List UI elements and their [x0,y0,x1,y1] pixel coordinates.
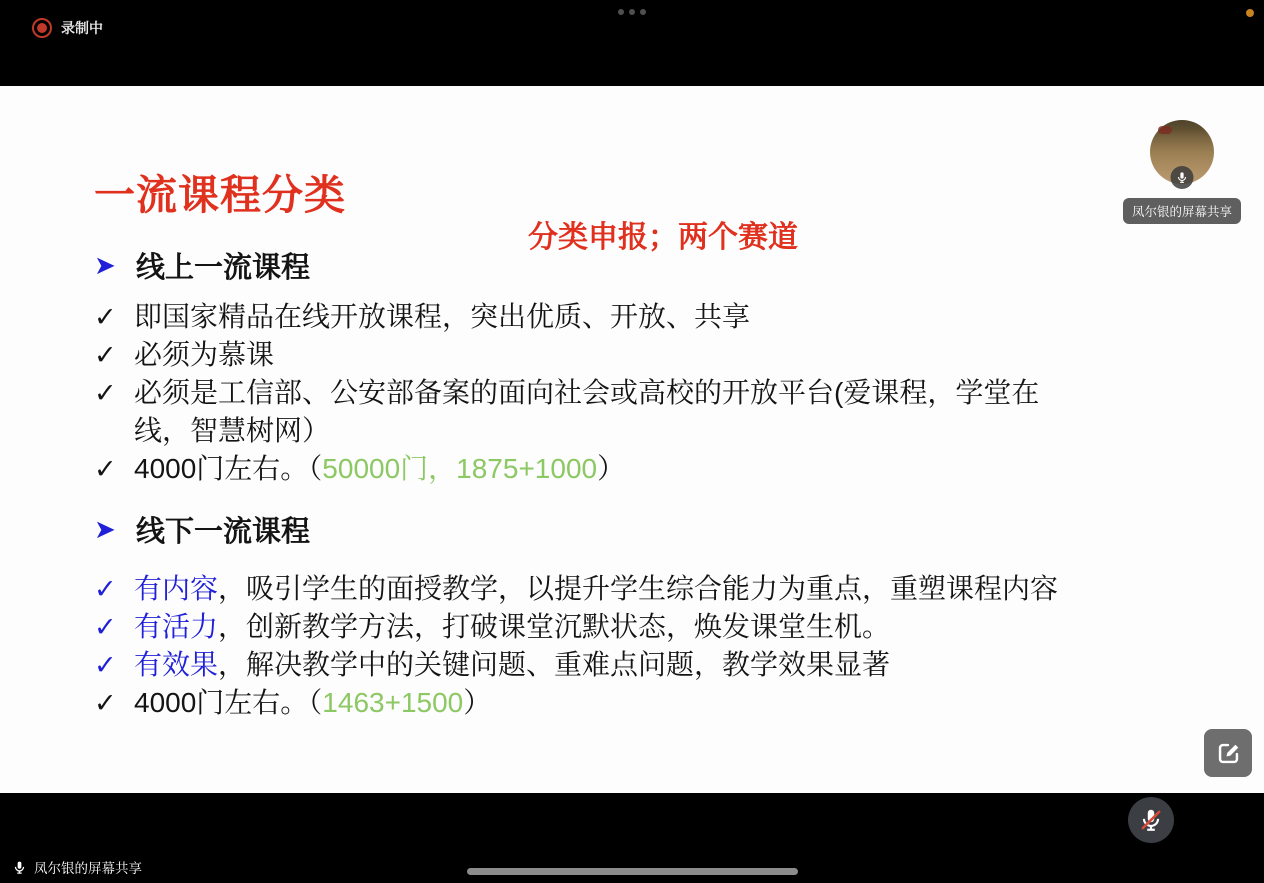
arrow-bullet-icon: ➤ [94,248,136,282]
check-icon: ✓ [94,298,134,336]
check-icon: ✓ [94,646,134,684]
bullet-line: ✓ 即国家精品在线开放课程，突出优质、开放、共享 [94,298,1154,336]
muted-mic-button[interactable] [1128,797,1174,843]
check-icon: ✓ [94,570,134,608]
bullet-line: ✓ 有内容，吸引学生的面授教学，以提升学生综合能力为重点，重塑课程内容 [94,570,1154,608]
bullet-line: ✓ 有活力，创新教学方法，打破课堂沉默状态，焕发课堂生机。 [94,608,1154,646]
bullet-text: 即国家精品在线开放课程，突出优质、开放、共享 [134,298,1086,336]
bottom-share-indicator: 凤尔银的屏幕共享 [12,857,142,877]
section-heading-online-label: 线上一流课程 [136,245,310,286]
bullet-text: 必须为慕课 [134,336,1086,374]
recording-indicator[interactable]: 录制中 [32,18,103,38]
slide-title: 一流课程分类 [94,162,346,221]
annotate-button[interactable] [1204,729,1252,777]
bullet-text: 有活力，创新教学方法，打破课堂沉默状态，焕发课堂生机。 [134,608,1086,646]
bullet-text: 有效果，解决教学中的关键问题、重难点问题，教学效果显著 [134,646,1086,684]
bullet-line: ✓ 4000门左右。（50000门，1875+1000） [94,450,1154,488]
annotate-icon [1215,740,1242,767]
check-icon: ✓ [94,684,134,722]
slide-content: ➤ 线上一流课程 ✓ 即国家精品在线开放课程，突出优质、开放、共享 ✓ 必须为慕… [94,248,1154,722]
bullet-text: 4000门左右。（1463+1500） [134,684,1086,722]
check-icon: ✓ [94,336,134,374]
recording-label: 录制中 [61,18,103,38]
avatar[interactable] [1150,120,1214,184]
section-heading-online: ➤ 线上一流课程 [94,248,1154,282]
participant-thumbnail[interactable]: 凤尔银的屏幕共享 [1112,120,1252,224]
check-icon: ✓ [94,374,134,412]
muted-mic-icon [1138,807,1164,833]
horizontal-scrollbar[interactable] [467,868,798,875]
bullet-list-online: ✓ 即国家精品在线开放课程，突出优质、开放、共享 ✓ 必须为慕课 ✓ 必须是工信… [94,298,1154,488]
bottom-bar: 凤尔银的屏幕共享 [0,793,1264,883]
bullet-text: 有内容，吸引学生的面授教学，以提升学生综合能力为重点，重塑课程内容 [134,570,1086,608]
bottom-share-label: 凤尔银的屏幕共享 [34,857,142,877]
check-icon: ✓ [94,450,134,488]
bullet-line: ✓ 4000门左右。（1463+1500） [94,684,1154,722]
bullet-text: 必须是工信部、公安部备案的面向社会或高校的开放平台(爱课程，学堂在线，智慧树网） [134,374,1086,450]
top-bar: 录制中 [0,0,1264,86]
bullet-list-offline: ✓ 有内容，吸引学生的面授教学，以提升学生综合能力为重点，重塑课程内容 ✓ 有活… [94,570,1154,722]
bullet-line: ✓ 必须是工信部、公安部备案的面向社会或高校的开放平台(爱课程，学堂在线，智慧树… [94,374,1154,450]
section-heading-offline: ➤ 线下一流课程 [94,512,1154,546]
mic-icon [12,860,27,875]
window-controls-dots-icon[interactable] [618,9,646,15]
record-icon [32,18,52,38]
mic-icon [1176,171,1189,184]
bullet-text: 4000门左右。（50000门，1875+1000） [134,450,1086,488]
notification-dot [1246,9,1254,17]
check-icon: ✓ [94,608,134,646]
shared-screen-slide: 一流课程分类 分类申报；两个赛道 ➤ 线上一流课程 ✓ 即国家精品在线开放课程，… [0,86,1264,793]
bullet-line: ✓ 必须为慕课 [94,336,1154,374]
arrow-bullet-icon: ➤ [94,512,136,546]
bullet-line: ✓ 有效果，解决教学中的关键问题、重难点问题，教学效果显著 [94,646,1154,684]
mic-badge [1171,166,1194,189]
section-heading-offline-label: 线下一流课程 [136,509,310,550]
participant-label: 凤尔银的屏幕共享 [1123,198,1241,224]
